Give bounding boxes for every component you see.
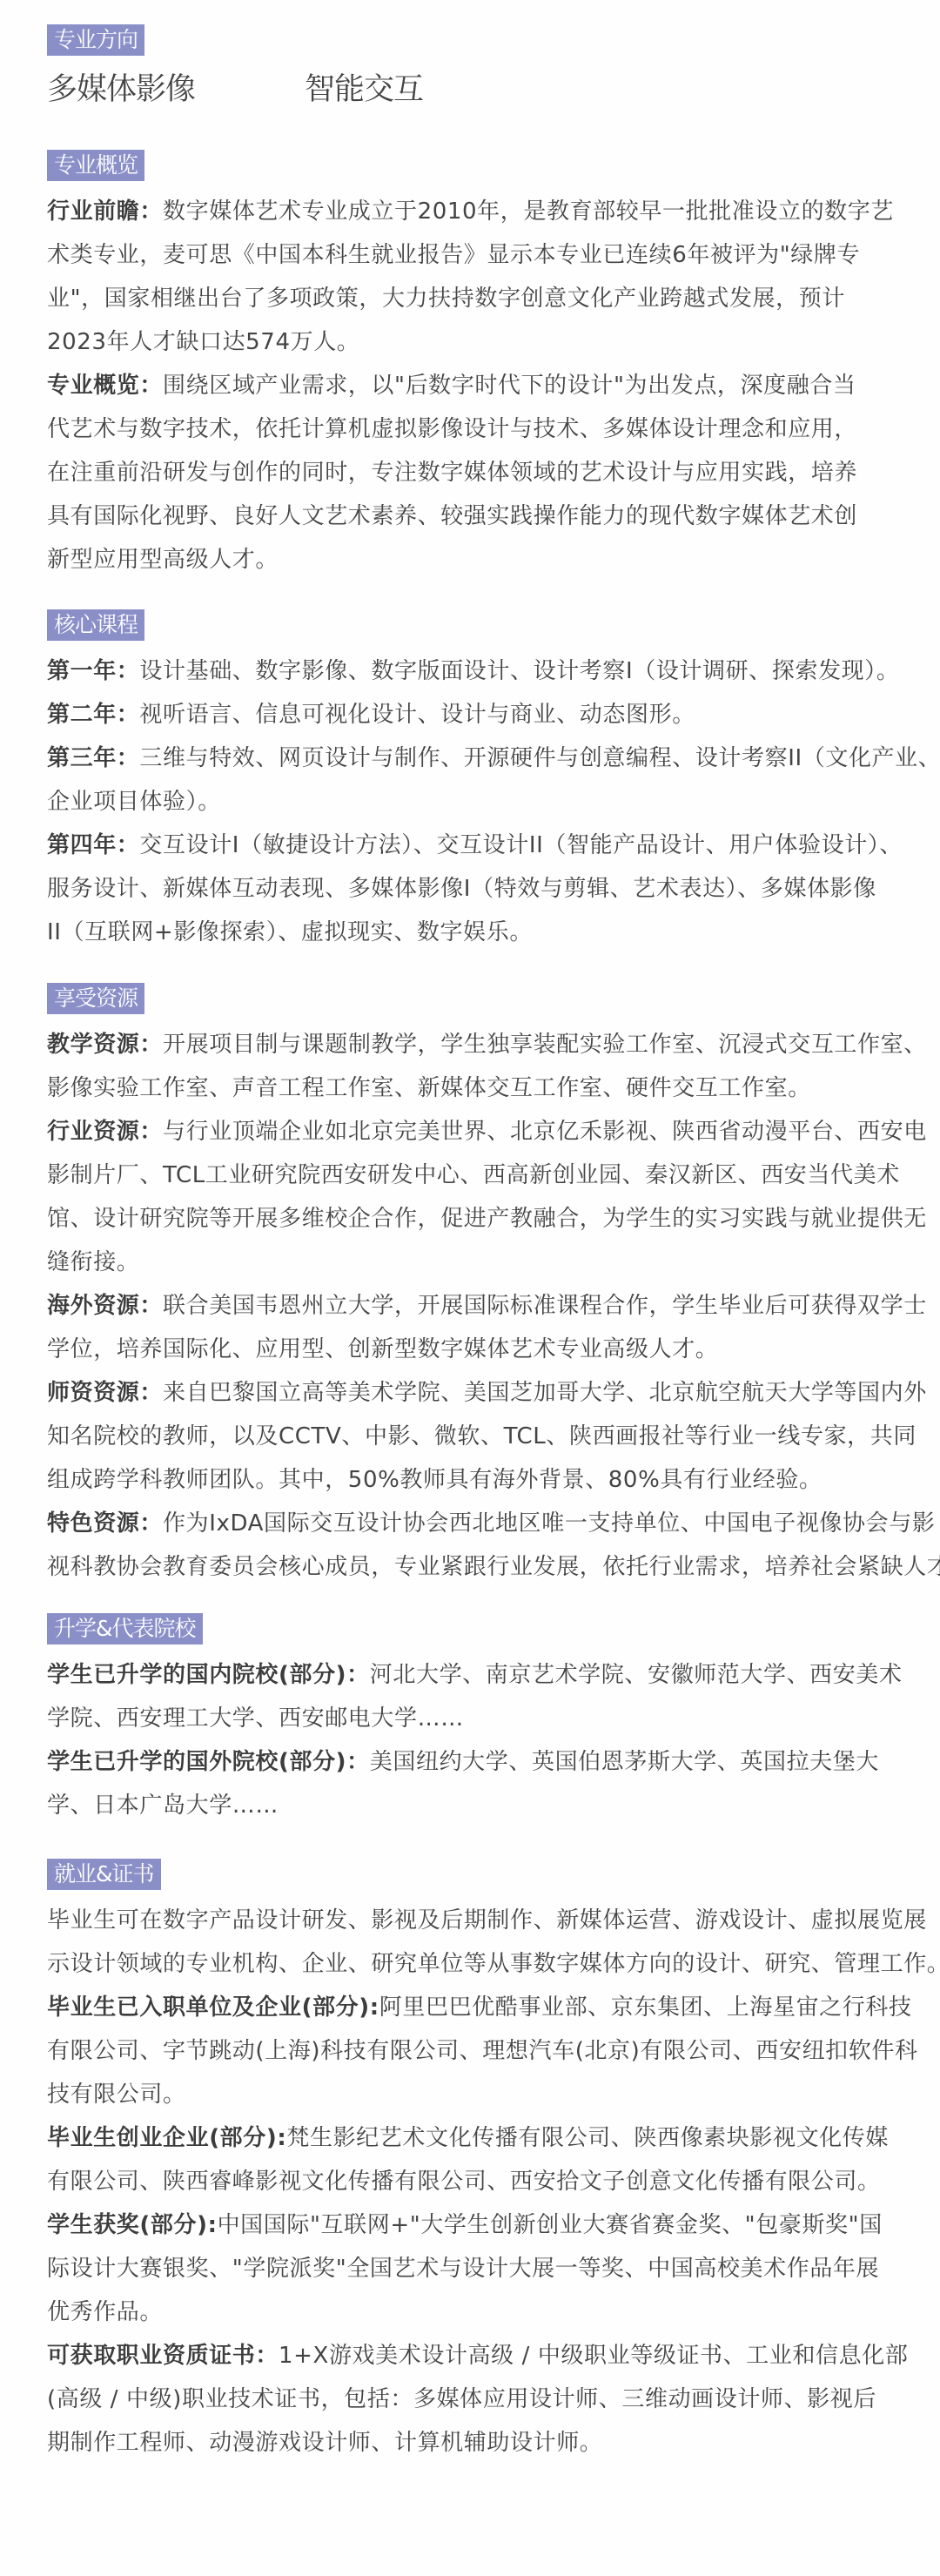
- paragraph-label: 可获取职业资质证书：: [47, 2343, 279, 2369]
- paragraph-text: 联合美国韦恩州立大学，开展国际标准课程合作，学生毕业后可获得双学士: [163, 1293, 927, 1319]
- text-line: 专业概览：围绕区域产业需求，以"后数字时代下的设计"为出发点，深度融合当: [47, 364, 900, 407]
- section-tag-further-study: 升学&代表院校: [47, 1613, 203, 1644]
- text-line: 第三年：三维与特效、网页设计与制作、开源硬件与创意编程、设计考察II（文化产业、: [47, 736, 900, 780]
- text-line: 影制片厂、TCL工业研究院西安研发中心、西高新创业园、秦汉新区、西安当代美术: [47, 1153, 900, 1197]
- text-line: 服务设计、新媒体互动表现、多媒体影像I（特效与剪辑、艺术表达）、多媒体影像: [47, 867, 900, 911]
- paragraph-label: 行业资源：: [47, 1119, 163, 1145]
- paragraph-label: 教学资源：: [47, 1032, 163, 1058]
- text-line: 视科教协会教育委员会核心成员，专业紧跟行业发展，依托行业需求，培养社会紧缺人才。: [47, 1545, 900, 1589]
- paragraph-text: 视听语言、信息可视化设计、设计与商业、动态图形。: [139, 702, 695, 728]
- paragraph-overseas-schools: 学生已升学的国外院校(部分)：美国纽约大学、英国伯恩茅斯大学、英国拉夫堡大 学、…: [47, 1740, 900, 1827]
- text-line: 技有限公司。: [47, 2073, 900, 2116]
- paragraph-text: 数字媒体艺术专业成立于2010年，是教育部较早一批批准设立的数字艺: [163, 198, 894, 225]
- paragraph-label: 毕业生创业企业(部分):: [47, 2125, 286, 2151]
- paragraph-label: 第二年：: [47, 702, 139, 728]
- paragraph-text: 河北大学、南京艺术学院、安徽师范大学、西安美术: [370, 1662, 903, 1688]
- text-line: 缝衔接。: [47, 1241, 900, 1284]
- text-line: 业"，国家相继出台了多项政策，大力扶持数字创意文化产业跨越式发展，预计: [47, 277, 900, 320]
- section-directions: 专业方向: [47, 24, 900, 56]
- text-line: 期制作工程师、动漫游戏设计师、计算机辅助设计师。: [47, 2421, 900, 2465]
- text-line: 示设计领域的专业机构、企业、研究单位等从事数字媒体方向的设计、研究、管理工作。: [47, 1942, 900, 1986]
- paragraph-text: 交互设计I（敏捷设计方法）、交互设计II（智能产品设计、用户体验设计）、: [139, 832, 903, 858]
- text-line: 2023年人才缺口达574万人。: [47, 320, 900, 364]
- text-line: 学生已升学的国外院校(部分)：美国纽约大学、英国伯恩茅斯大学、英国拉夫堡大: [47, 1740, 900, 1784]
- paragraph-label: 学生已升学的国外院校(部分)：: [47, 1749, 370, 1775]
- text-line: 师资资源：来自巴黎国立高等美术学院、美国芝加哥大学、北京航空航天大学等国内外: [47, 1371, 900, 1415]
- paragraph-industry-outlook: 行业前瞻：数字媒体艺术专业成立于2010年，是教育部较早一批批准设立的数字艺 术…: [47, 190, 900, 364]
- paragraph-startups: 毕业生创业企业(部分):梵生影纪艺术文化传播有限公司、陕西像素块影视文化传媒 有…: [47, 2116, 900, 2203]
- section-body: 教学资源：开展项目制与课题制教学，学生独享装配实验工作室、沉浸式交互工作室、 影…: [47, 1023, 900, 1589]
- paragraph-faculty-resources: 师资资源：来自巴黎国立高等美术学院、美国芝加哥大学、北京航空航天大学等国内外 知…: [47, 1371, 900, 1502]
- text-line: 行业前瞻：数字媒体艺术专业成立于2010年，是教育部较早一批批准设立的数字艺: [47, 190, 900, 233]
- paragraph-year-1: 第一年：设计基础、数字影像、数字版面设计、设计考察I（设计调研、探索发现）。: [47, 649, 900, 693]
- paragraph-label: 特色资源：: [47, 1510, 163, 1537]
- paragraph-awards: 学生获奖(部分):中国国际"互联网+"大学生创新创业大赛省赛金奖、"包豪斯奖"国…: [47, 2203, 900, 2334]
- paragraph-industry-resources: 行业资源：与行业顶端企业如北京完美世界、北京亿禾影视、陕西省动漫平台、西安电 影…: [47, 1110, 900, 1284]
- paragraph-text: 三维与特效、网页设计与制作、开源硬件与创意编程、设计考察II（文化产业、: [139, 745, 940, 771]
- text-line: 学位，培养国际化、应用型、创新型数字媒体艺术专业高级人才。: [47, 1328, 900, 1371]
- section-tag-directions: 专业方向: [47, 24, 144, 56]
- text-line: 学生获奖(部分):中国国际"互联网+"大学生创新创业大赛省赛金奖、"包豪斯奖"国: [47, 2203, 900, 2247]
- text-line: 第一年：设计基础、数字影像、数字版面设计、设计考察I（设计调研、探索发现）。: [47, 649, 900, 693]
- paragraph-domestic-schools: 学生已升学的国内院校(部分)：河北大学、南京艺术学院、安徽师范大学、西安美术 学…: [47, 1653, 900, 1740]
- text-line: 知名院校的教师，以及CCTV、中影、微软、TCL、陕西画报社等行业一线专家，共同: [47, 1415, 900, 1458]
- section-resources: 享受资源 教学资源：开展项目制与课题制教学，学生独享装配实验工作室、沉浸式交互工…: [47, 983, 900, 1589]
- text-line: 在注重前沿研发与创作的同时，专注数字媒体领域的艺术设计与应用实践，培养: [47, 451, 900, 494]
- paragraph-text: 阿里巴巴优酷事业部、京东集团、上海星宙之行科技: [379, 1994, 912, 2021]
- text-line: 海外资源：联合美国韦恩州立大学，开展国际标准课程合作，学生毕业后可获得双学士: [47, 1284, 900, 1328]
- text-line: 学院、西安理工大学、西安邮电大学……: [47, 1697, 900, 1740]
- text-line: 代艺术与数字技术，依托计算机虚拟影像设计与技术、多媒体设计理念和应用，: [47, 407, 900, 451]
- paragraph-year-3: 第三年：三维与特效、网页设计与制作、开源硬件与创意编程、设计考察II（文化产业、…: [47, 736, 900, 824]
- paragraph-text: 设计基础、数字影像、数字版面设计、设计考察I（设计调研、探索发现）。: [139, 658, 899, 684]
- paragraph-label: 毕业生已入职单位及企业(部分):: [47, 1994, 379, 2021]
- paragraph-featured-resources: 特色资源：作为IxDA国际交互设计协会西北地区唯一支持单位、中国电子视像协会与影…: [47, 1502, 900, 1589]
- paragraph-label: 第一年：: [47, 658, 139, 684]
- text-line: 馆、设计研究院等开展多维校企合作，促进产教融合，为学生的实习实践与就业提供无: [47, 1197, 900, 1241]
- paragraph-teaching-resources: 教学资源：开展项目制与课题制教学，学生独享装配实验工作室、沉浸式交互工作室、 影…: [47, 1023, 900, 1110]
- section-body: 第一年：设计基础、数字影像、数字版面设计、设计考察I（设计调研、探索发现）。 第…: [47, 649, 900, 954]
- paragraph-label: 海外资源：: [47, 1293, 163, 1319]
- text-line: (高级 / 中级)职业技术证书，包括：多媒体应用设计师、三维动画设计师、影视后: [47, 2378, 900, 2421]
- paragraph-label: 行业前瞻：: [47, 198, 163, 225]
- section-further-study: 升学&代表院校 学生已升学的国内院校(部分)：河北大学、南京艺术学院、安徽师范大…: [47, 1613, 900, 1827]
- paragraph-label: 第三年：: [47, 745, 139, 771]
- paragraph-overseas-resources: 海外资源：联合美国韦恩州立大学，开展国际标准课程合作，学生毕业后可获得双学士 学…: [47, 1284, 900, 1371]
- text-line: 影像实验工作室、声音工程工作室、新媒体交互工作室、硬件交互工作室。: [47, 1066, 900, 1110]
- direction-item-multimedia: 多媒体影像: [47, 70, 195, 110]
- text-line: 可获取职业资质证书：1+X游戏美术设计高级 / 中级职业等级证书、工业和信息化部: [47, 2334, 900, 2378]
- text-line: 教学资源：开展项目制与课题制教学，学生独享装配实验工作室、沉浸式交互工作室、: [47, 1023, 900, 1066]
- text-line: 组成跨学科教师团队。其中，50%教师具有海外背景、80%具有行业经验。: [47, 1458, 900, 1502]
- text-line: 优秀作品。: [47, 2290, 900, 2334]
- paragraph-text: 美国纽约大学、英国伯恩茅斯大学、英国拉夫堡大: [370, 1749, 879, 1775]
- paragraph-label: 师资资源：: [47, 1380, 163, 1406]
- text-line: 有限公司、陕西睿峰影视文化传播有限公司、西安拾文子创意文化传播有限公司。: [47, 2160, 900, 2203]
- paragraph-career-fields: 毕业生可在数字产品设计研发、影视及后期制作、新媒体运营、游戏设计、虚拟展览展 示…: [47, 1899, 900, 1986]
- paragraph-employers: 毕业生已入职单位及企业(部分):阿里巴巴优酷事业部、京东集团、上海星宙之行科技 …: [47, 1986, 900, 2116]
- section-tag-overview: 专业概览: [47, 150, 144, 181]
- paragraph-label: 第四年：: [47, 832, 139, 858]
- text-line: 企业项目体验）。: [47, 780, 900, 824]
- paragraph-text: 与行业顶端企业如北京完美世界、北京亿禾影视、陕西省动漫平台、西安电: [163, 1119, 927, 1145]
- section-overview: 专业概览 行业前瞻：数字媒体艺术专业成立于2010年，是教育部较早一批批准设立的…: [47, 150, 900, 582]
- paragraph-certificates: 可获取职业资质证书：1+X游戏美术设计高级 / 中级职业等级证书、工业和信息化部…: [47, 2334, 900, 2465]
- text-line: 术类专业，麦可思《中国本科生就业报告》显示本专业已连续6年被评为"绿牌专: [47, 233, 900, 277]
- section-body: 行业前瞻：数字媒体艺术专业成立于2010年，是教育部较早一批批准设立的数字艺 术…: [47, 190, 900, 582]
- paragraph-text: 开展项目制与课题制教学，学生独享装配实验工作室、沉浸式交互工作室、: [163, 1032, 927, 1058]
- section-body: 毕业生可在数字产品设计研发、影视及后期制作、新媒体运营、游戏设计、虚拟展览展 示…: [47, 1899, 900, 2465]
- paragraph-text: 中国国际"互联网+"大学生创新创业大赛省赛金奖、"包豪斯奖"国: [218, 2212, 883, 2238]
- paragraph-text: 1+X游戏美术设计高级 / 中级职业等级证书、工业和信息化部: [279, 2343, 908, 2369]
- text-line: 特色资源：作为IxDA国际交互设计协会西北地区唯一支持单位、中国电子视像协会与影: [47, 1502, 900, 1545]
- section-core-courses: 核心课程 第一年：设计基础、数字影像、数字版面设计、设计考察I（设计调研、探索发…: [47, 609, 900, 954]
- text-line: 第四年：交互设计I（敏捷设计方法）、交互设计II（智能产品设计、用户体验设计）、: [47, 824, 900, 867]
- section-tag-courses: 核心课程: [47, 609, 144, 641]
- text-line: 具有国际化视野、良好人文艺术素养、较强实践操作能力的现代数字媒体艺术创: [47, 494, 900, 538]
- text-line: 毕业生已入职单位及企业(部分):阿里巴巴优酷事业部、京东集团、上海星宙之行科技: [47, 1986, 900, 2029]
- text-line: 新型应用型高级人才。: [47, 538, 900, 582]
- direction-item-interaction: 智能交互: [305, 70, 423, 110]
- section-tag-resources: 享受资源: [47, 983, 144, 1014]
- paragraph-year-2: 第二年：视听语言、信息可视化设计、设计与商业、动态图形。: [47, 693, 900, 736]
- paragraph-year-4: 第四年：交互设计I（敏捷设计方法）、交互设计II（智能产品设计、用户体验设计）、…: [47, 824, 900, 954]
- text-line: 行业资源：与行业顶端企业如北京完美世界、北京亿禾影视、陕西省动漫平台、西安电: [47, 1110, 900, 1153]
- paragraph-label: 专业概览：: [47, 373, 163, 399]
- text-line: 有限公司、字节跳动(上海)科技有限公司、理想汽车(北京)有限公司、西安纽扣软件科: [47, 2029, 900, 2073]
- text-line: 第二年：视听语言、信息可视化设计、设计与商业、动态图形。: [47, 693, 900, 736]
- paragraph-label: 学生已升学的国内院校(部分)：: [47, 1662, 370, 1688]
- text-line: 毕业生可在数字产品设计研发、影视及后期制作、新媒体运营、游戏设计、虚拟展览展: [47, 1899, 900, 1942]
- paragraph-text: 围绕区域产业需求，以"后数字时代下的设计"为出发点，深度融合当: [163, 373, 856, 399]
- text-line: 学、日本广岛大学……: [47, 1784, 900, 1827]
- text-line: 学生已升学的国内院校(部分)：河北大学、南京艺术学院、安徽师范大学、西安美术: [47, 1653, 900, 1697]
- section-tag-employment: 就业&证书: [47, 1859, 161, 1890]
- text-line: 际设计大赛银奖、"学院派奖"全国艺术与设计大展一等奖、中国高校美术作品年展: [47, 2247, 900, 2290]
- paragraph-text: 梵生影纪艺术文化传播有限公司、陕西像素块影视文化传媒: [286, 2125, 889, 2151]
- text-line: 毕业生创业企业(部分):梵生影纪艺术文化传播有限公司、陕西像素块影视文化传媒: [47, 2116, 900, 2160]
- text-line: II（互联网+影像探索）、虚拟现实、数字娱乐。: [47, 911, 900, 954]
- section-body: 学生已升学的国内院校(部分)：河北大学、南京艺术学院、安徽师范大学、西安美术 学…: [47, 1653, 900, 1827]
- paragraph-label: 学生获奖(部分):: [47, 2212, 218, 2238]
- section-employment: 就业&证书 毕业生可在数字产品设计研发、影视及后期制作、新媒体运营、游戏设计、虚…: [47, 1859, 900, 2465]
- paragraph-text: 来自巴黎国立高等美术学院、美国芝加哥大学、北京航空航天大学等国内外: [163, 1380, 927, 1406]
- paragraph-major-overview: 专业概览：围绕区域产业需求，以"后数字时代下的设计"为出发点，深度融合当 代艺术…: [47, 364, 900, 582]
- direction-list: 多媒体影像 智能交互: [47, 70, 569, 110]
- paragraph-text: 作为IxDA国际交互设计协会西北地区唯一支持单位、中国电子视像协会与影: [163, 1510, 935, 1537]
